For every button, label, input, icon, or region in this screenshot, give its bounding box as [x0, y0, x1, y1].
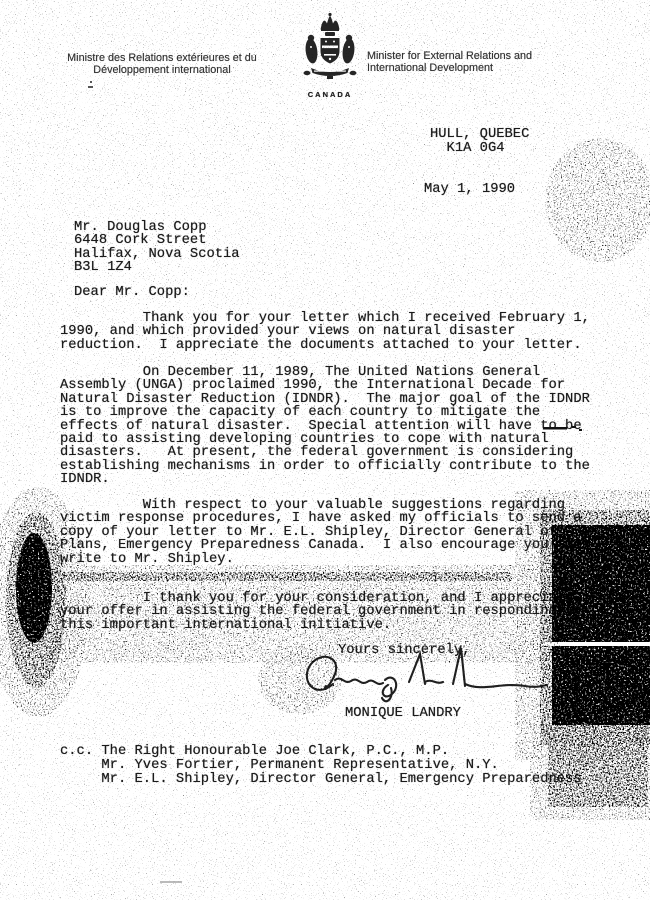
letterhead-french-line1: Ministre des Relations extérieures et du — [56, 52, 268, 64]
letterhead-french-line2: Développement international — [56, 64, 268, 76]
crest-caption: CANADA — [296, 90, 364, 99]
date-line: May 1, 1990 — [424, 183, 515, 196]
letterhead-english-line1: Minister for External Relations and — [367, 50, 567, 62]
handwritten-signature-icon — [293, 646, 548, 712]
recipient-address: Mr. Douglas Copp 6448 Cork Street Halifa… — [74, 221, 240, 275]
body-paragraph-4: I thank you for your consideration, and … — [60, 592, 582, 632]
noise-top-right-cloud — [545, 138, 650, 262]
letterhead-french: Ministre des Relations extérieures et du… — [56, 52, 268, 76]
noise-shipley-band — [52, 565, 557, 589]
cc-list: c.c. The Right Honourable Joe Clark, P.C… — [60, 745, 582, 786]
body-paragraph-1: Thank you for your letter which I receiv… — [60, 312, 590, 352]
letter-page: Ministre des Relations extérieures et du… — [0, 0, 650, 900]
canada-coat-of-arms-icon: CANADA — [296, 12, 364, 99]
body-paragraph-2: On December 11, 1989, The United Nations… — [60, 366, 590, 487]
salutation: Dear Mr. Copp: — [74, 286, 190, 299]
coat-of-arms-graphic — [300, 12, 360, 84]
letterhead-english: Minister for External Relations and Inte… — [367, 50, 567, 74]
letterhead-english-line2: International Development — [367, 62, 567, 74]
body-paragraph-3: With respect to your valuable suggestion… — [60, 499, 582, 566]
sender-location: HULL, QUEBEC K1A 0G4 — [430, 128, 529, 156]
